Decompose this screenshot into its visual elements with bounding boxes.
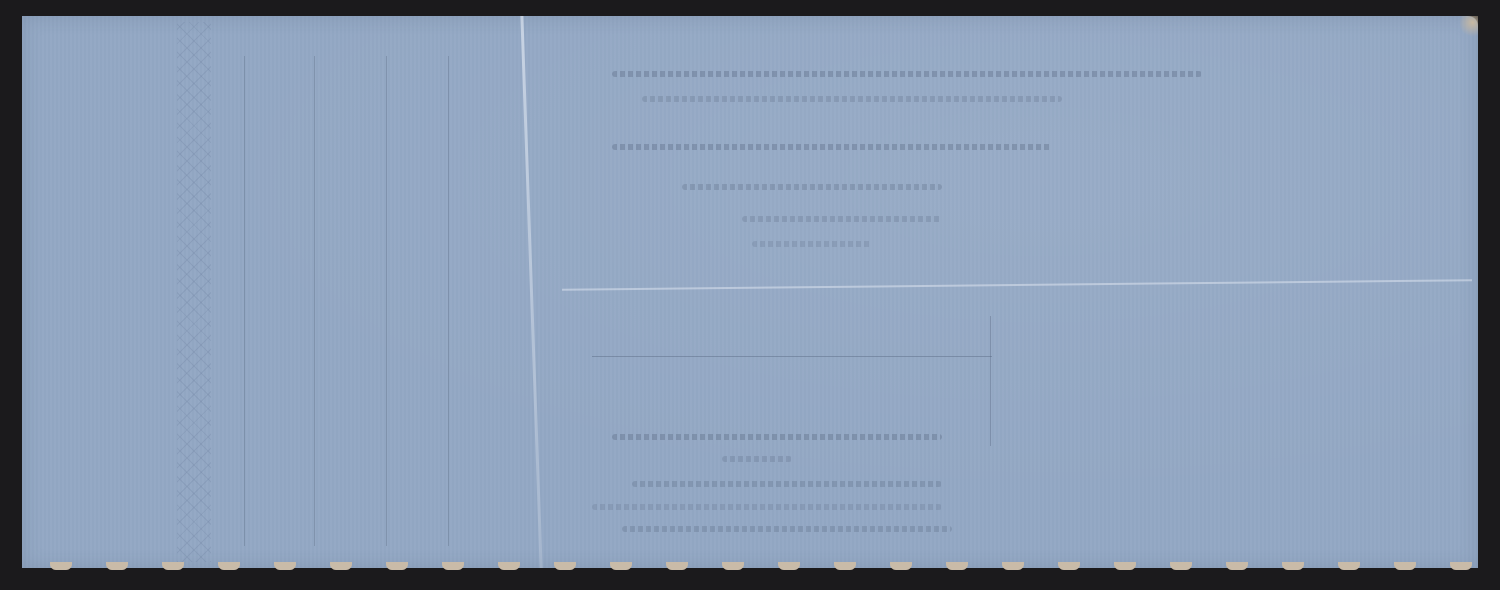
perforation-nub (946, 562, 968, 570)
perforation-nub (1002, 562, 1024, 570)
perforation-nub (666, 562, 688, 570)
perforation-nub (890, 562, 912, 570)
perforation-nub (498, 562, 520, 570)
stub-rule (386, 56, 387, 546)
show-through-text (622, 526, 952, 532)
corner-wear (1460, 16, 1478, 38)
stub-tear-line (520, 16, 542, 568)
perforation-nub (274, 562, 296, 570)
show-through-text (722, 456, 792, 462)
perforation-nub (1450, 562, 1472, 570)
show-through-text (752, 241, 872, 247)
check-reverse: Photograph of the reverse side of a pale… (22, 16, 1478, 568)
show-through-rule (592, 356, 992, 357)
stub-rule (448, 56, 449, 546)
perforation-nub (442, 562, 464, 570)
perforation-nub (1394, 562, 1416, 570)
fold-crease (562, 279, 1472, 291)
stub-rule (244, 56, 245, 546)
perforation-nub (778, 562, 800, 570)
perforation-nub (386, 562, 408, 570)
perforation-nub (722, 562, 744, 570)
show-through-rule (990, 316, 991, 446)
show-through-text (642, 96, 1062, 102)
perforation-nub (50, 562, 72, 570)
perforation-nub (1282, 562, 1304, 570)
perforation-nub (162, 562, 184, 570)
show-through-text (632, 481, 942, 487)
perforation-nub (834, 562, 856, 570)
perforation-nub (106, 562, 128, 570)
perforation-nub (330, 562, 352, 570)
perforation-nub (1170, 562, 1192, 570)
perforation-nub (218, 562, 240, 570)
perforation-nub (1114, 562, 1136, 570)
show-through-text (592, 504, 942, 510)
perforation-nub (1226, 562, 1248, 570)
stub-guilloche-border (177, 22, 211, 562)
perforation-nub (1058, 562, 1080, 570)
perforation-nub (610, 562, 632, 570)
show-through-text (682, 184, 942, 190)
show-through-text (742, 216, 942, 222)
perforation-nub (1338, 562, 1360, 570)
show-through-text (612, 434, 942, 440)
show-through-text (612, 71, 1202, 77)
stub-rule (314, 56, 315, 546)
perforation-nub (554, 562, 576, 570)
show-through-text (612, 144, 1052, 150)
